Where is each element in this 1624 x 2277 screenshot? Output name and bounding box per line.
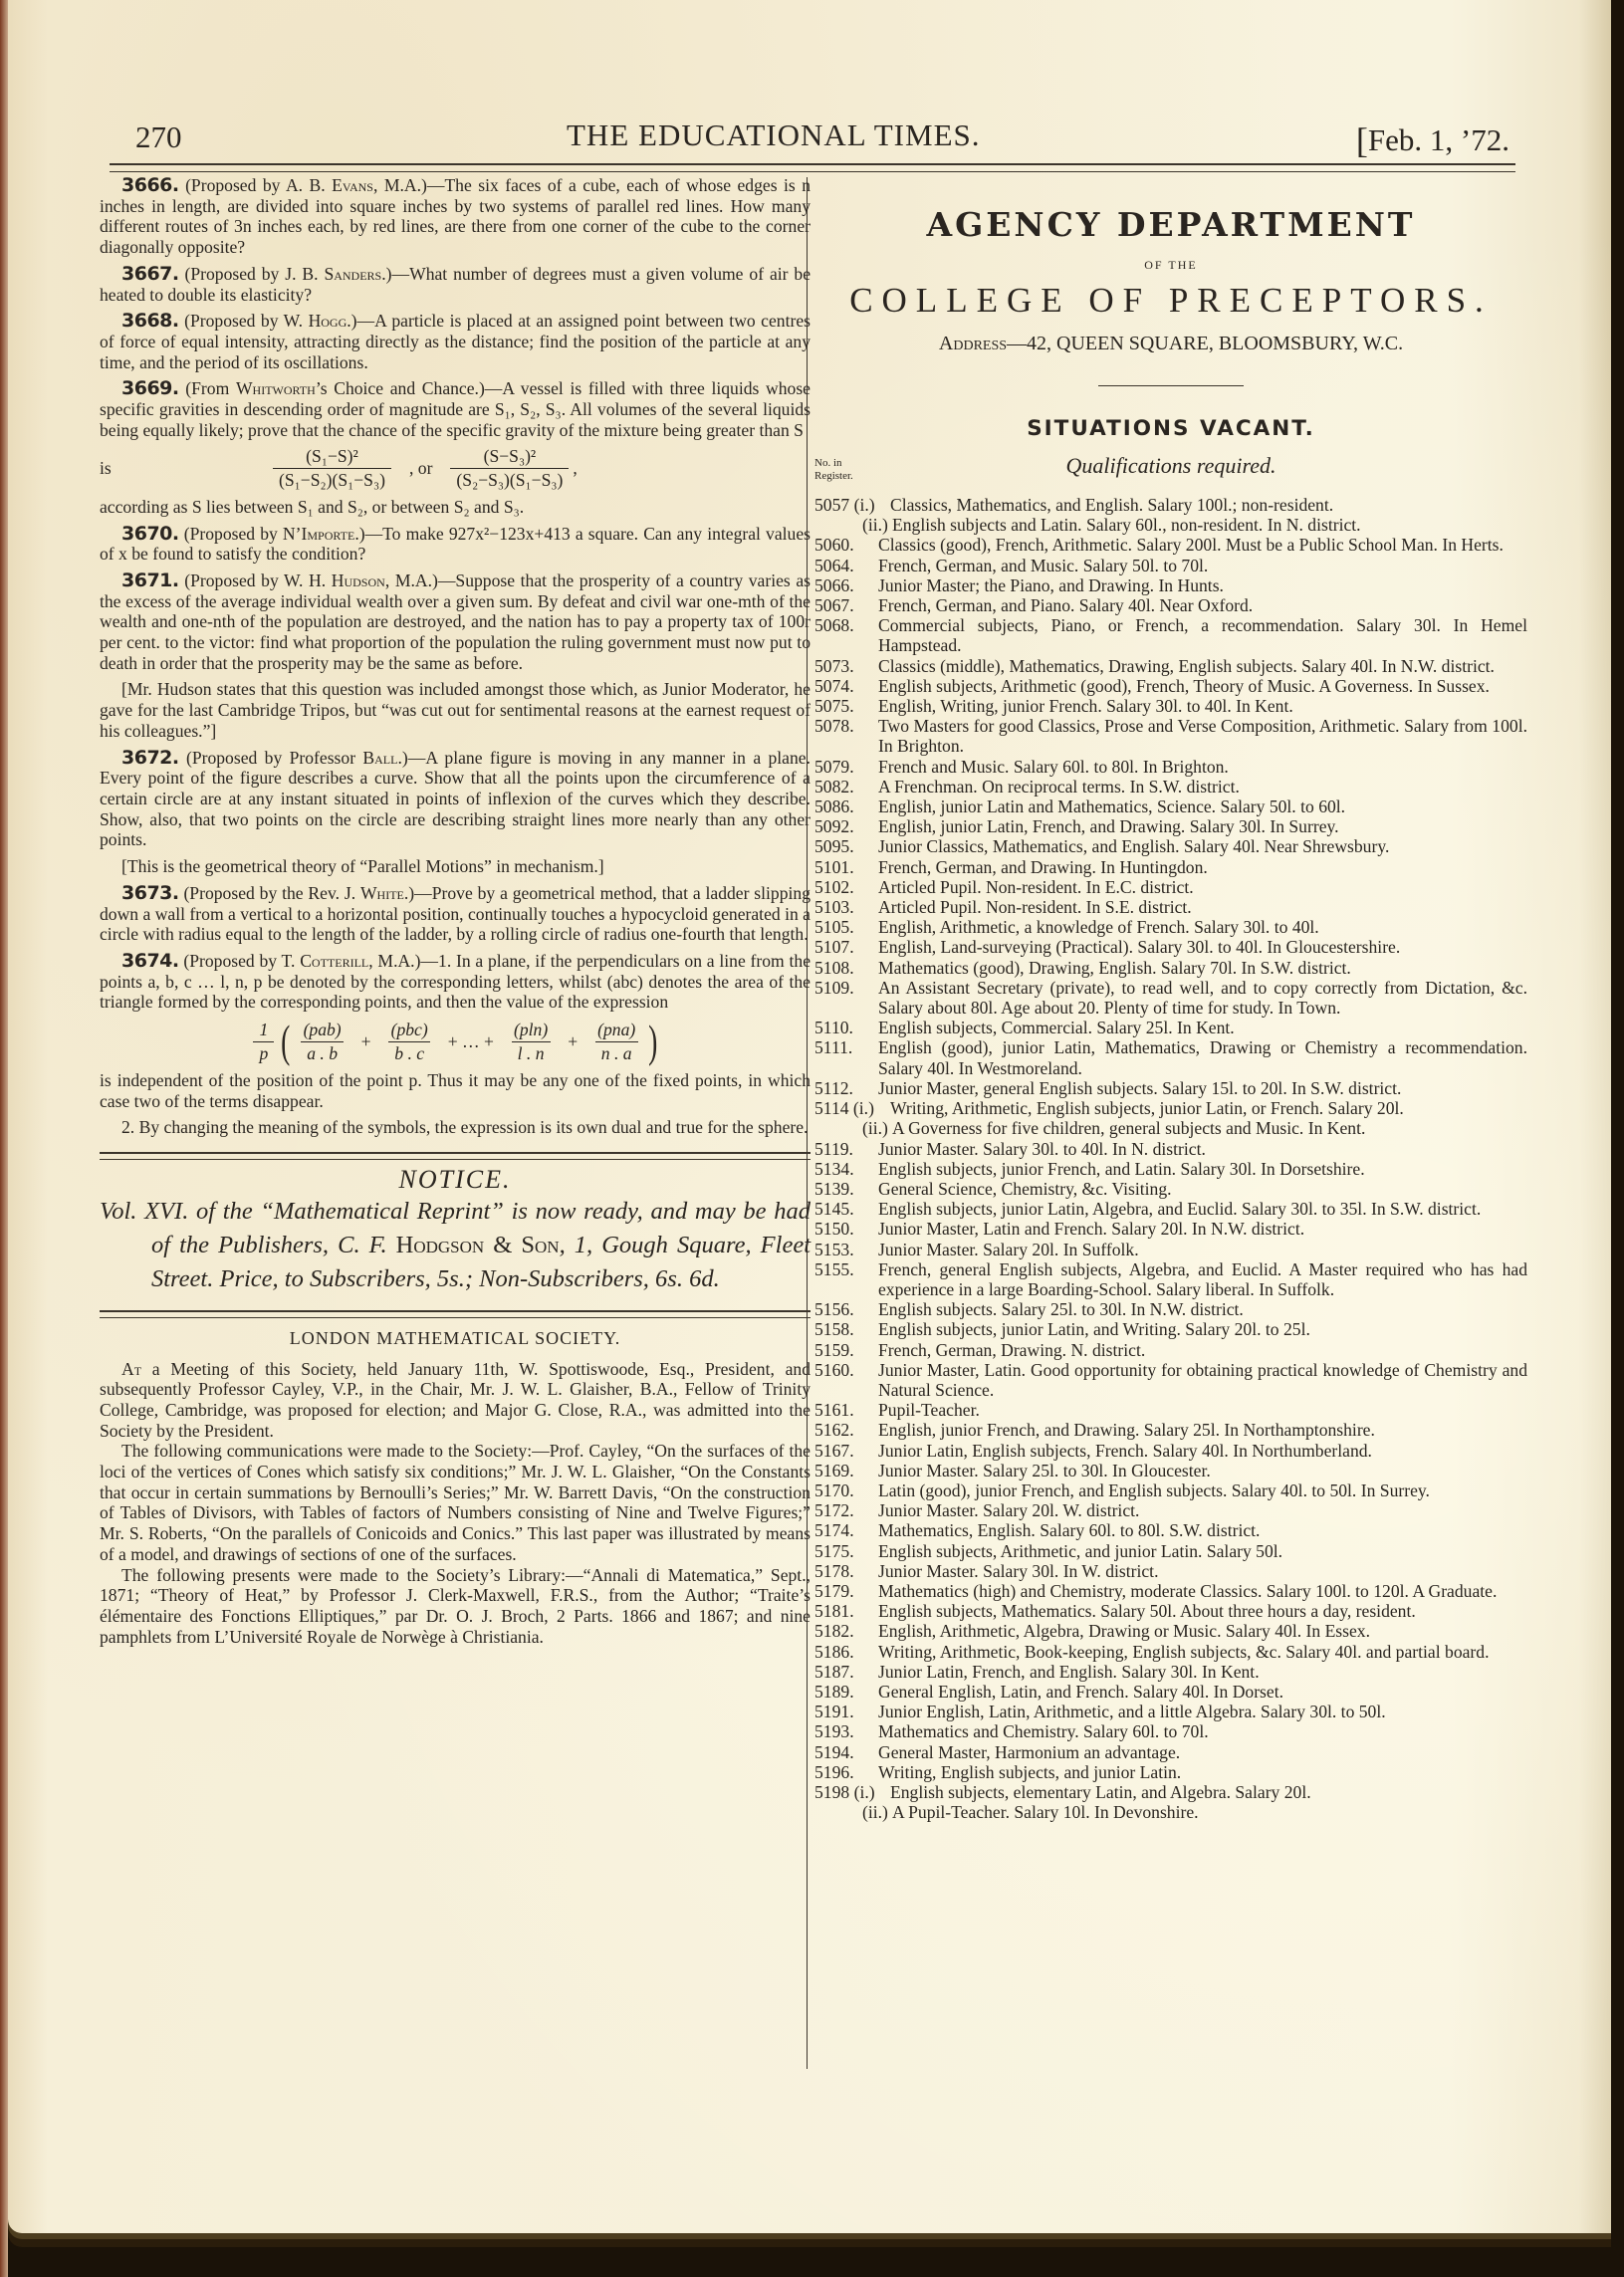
denominator: p (253, 1041, 274, 1064)
qualifications-text: Mathematics and Chemistry. Salary 60l. t… (878, 1721, 1527, 1741)
list-item: 5092.English, junior Latin, French, and … (814, 816, 1527, 836)
register-number: 5064. (814, 556, 878, 575)
register-number: 5068. (814, 615, 878, 655)
list-item: (ii.)English subjects and Latin. Salary … (814, 515, 1527, 535)
header-rule (110, 163, 1515, 172)
register-number: 5169. (814, 1461, 878, 1480)
register-number: (ii.) (862, 1802, 892, 1822)
list-item: 5107.English, Land-surveying (Practical)… (814, 937, 1527, 957)
list-item: 5198 (i.)English subjects, elementary La… (814, 1782, 1527, 1802)
register-number: 5139. (814, 1179, 878, 1199)
list-item: 5102.Articled Pupil. Non-resident. In E.… (814, 877, 1527, 897)
ellipsis: + … + (448, 1031, 494, 1052)
page-number: 270 (135, 119, 182, 155)
register-number: 5067. (814, 595, 878, 615)
list-item: 5066.Junior Master; the Piano, and Drawi… (814, 575, 1527, 595)
qualifications-text: Junior Master, general English subjects.… (878, 1078, 1527, 1098)
short-rule (1098, 385, 1244, 386)
left-paren: ( (281, 1019, 290, 1064)
qualifications-text: Junior Classics, Mathematics, and Englis… (878, 836, 1527, 856)
qualifications-text: A Governess for five children, general s… (892, 1118, 1527, 1138)
problem: 3671. (Proposed by W. H. Hudson, M.A.)—S… (100, 570, 811, 674)
list-item: 5150.Junior Master, Latin and French. Sa… (814, 1219, 1527, 1239)
qualifications-text: Classics (good), French, Arithmetic. Sal… (878, 535, 1527, 555)
list-item: 5175.English subjects, Arithmetic, and j… (814, 1541, 1527, 1561)
qualifications-text: Junior Master; the Piano, and Drawing. I… (878, 575, 1527, 595)
section-rule (100, 1152, 811, 1160)
register-number: 5095. (814, 836, 878, 856)
qualifications-text: Junior Master. Salary 30l. to 40l. In N.… (878, 1139, 1527, 1159)
register-number: 5175. (814, 1541, 878, 1561)
problem: 3670. (Proposed by N’Importe.)—To make 9… (100, 524, 811, 565)
list-item: 5068.Commercial subjects, Piano, or Fren… (814, 615, 1527, 655)
section-rule (100, 1310, 811, 1318)
list-item: 5086.English, junior Latin and Mathemati… (814, 797, 1527, 816)
society-title: LONDON MATHEMATICAL SOCIETY. (100, 1328, 811, 1349)
list-item: 5074.English subjects, Arithmetic (good)… (814, 676, 1527, 696)
qualifications-text: Articled Pupil. Non-resident. In S.E. di… (878, 897, 1527, 917)
running-head: 270 THE EDUCATIONAL TIMES. [Feb. 1, ’72. (135, 117, 1509, 167)
register-number: 5178. (814, 1561, 878, 1581)
qualifications-text: Articled Pupil. Non-resident. In E.C. di… (878, 877, 1527, 897)
list-item: 5186.Writing, Arithmetic, Book-keeping, … (814, 1642, 1527, 1662)
denominator: (S₂−S₃)(S₁−S₃) (450, 468, 569, 491)
register-number: 5156. (814, 1299, 878, 1319)
register-number: 5174. (814, 1520, 878, 1540)
list-item: 5064.French, German, and Music. Salary 5… (814, 556, 1527, 575)
register-number: 5101. (814, 857, 878, 877)
register-number: 5179. (814, 1581, 878, 1601)
register-number: 5191. (814, 1702, 878, 1721)
register-number: 5150. (814, 1219, 878, 1239)
problem-number: 3667. (121, 263, 179, 285)
numerator: (pbc) (385, 1020, 434, 1041)
denominator: n . a (595, 1041, 638, 1064)
list-item: 5194.General Master, Harmonium an advant… (814, 1742, 1527, 1762)
list-item: (ii.)A Pupil-Teacher. Salary 10l. In Dev… (814, 1802, 1527, 1822)
qualifications-text: Junior Master. Salary 20l. W. district. (878, 1500, 1527, 1520)
register-number: 5105. (814, 917, 878, 937)
list-item: 5134.English subjects, junior French, an… (814, 1159, 1527, 1179)
list-item: 5060.Classics (good), French, Arithmetic… (814, 535, 1527, 555)
register-number: 5182. (814, 1621, 878, 1641)
list-item: 5145.English subjects, junior Latin, Alg… (814, 1199, 1527, 1219)
qualifications-text: French, German, and Drawing. In Huntingd… (878, 857, 1527, 877)
list-item: 5162.English, junior French, and Drawing… (814, 1420, 1527, 1440)
register-number: 5092. (814, 816, 878, 836)
numerator: (pab) (298, 1020, 348, 1041)
qualifications-text: French, general English subjects, Algebr… (878, 1259, 1527, 1299)
list-item: 5178.Junior Master. Salary 30l. In W. di… (814, 1561, 1527, 1581)
fraction: (S−S₃)²(S₂−S₃)(S₁−S₃) (450, 446, 569, 490)
register-number: 5145. (814, 1199, 878, 1219)
register-number: 5181. (814, 1601, 878, 1621)
plus: + (361, 1031, 371, 1052)
register-number: 5060. (814, 535, 878, 555)
qualifications-header: Qualifications required. (814, 453, 1527, 479)
register-number: 5167. (814, 1441, 878, 1461)
register-number: 5086. (814, 797, 878, 816)
list-item: 5170.Latin (good), junior French, and En… (814, 1480, 1527, 1500)
qualifications-text: English, junior Latin and Mathematics, S… (878, 797, 1527, 816)
problem-number: 3672. (121, 747, 179, 769)
problem-number: 3666. (121, 174, 179, 196)
qualifications-text: Two Masters for good Classics, Prose and… (878, 716, 1527, 756)
register-number: (ii.) (862, 1118, 892, 1138)
qualifications-text: English subjects, Arithmetic, and junior… (878, 1541, 1527, 1561)
list-item: 5153.Junior Master. Salary 20l. In Suffo… (814, 1240, 1527, 1259)
register-number: 5170. (814, 1480, 878, 1500)
register-number: 5073. (814, 656, 878, 676)
register-number: 5194. (814, 1742, 878, 1762)
register-number: 5082. (814, 777, 878, 797)
register-number: 5108. (814, 958, 878, 978)
society-paragraph-3: The following presents were made to the … (100, 1565, 811, 1648)
qualifications-text: English subjects, Commercial. Salary 25l… (878, 1018, 1527, 1037)
list-item: 5139.General Science, Chemistry, &c. Vis… (814, 1179, 1527, 1199)
qualifications-text: Junior Latin, French, and English. Salar… (878, 1662, 1527, 1682)
list-item: 5078.Two Masters for good Classics, Pros… (814, 716, 1527, 756)
register-number: 5187. (814, 1662, 878, 1682)
problem-number: 3674. (121, 950, 179, 972)
register-number: 5198 (i.) (814, 1782, 890, 1802)
list-item: 5075.English, Writing, junior French. Sa… (814, 696, 1527, 716)
proposer-name: Ball (362, 748, 397, 768)
list-item: 5109.An Assistant Secretary (private), t… (814, 978, 1527, 1018)
qualifications-text: English subjects. Salary 25l. to 30l. In… (878, 1299, 1527, 1319)
qualifications-text: Classics, Mathematics, and English. Sala… (890, 495, 1527, 515)
formula: is(S₁−S)²(S₁−S₂)(S₁−S₃), or(S−S₃)²(S₂−S₃… (100, 446, 811, 490)
list-item: 5073.Classics (middle), Mathematics, Dra… (814, 656, 1527, 676)
problem: 3674. (Proposed by T. Cotterill, M.A.)—1… (100, 951, 811, 1013)
qualifications-text: English subjects and Latin. Salary 60l.,… (892, 515, 1527, 535)
problem-continuation: according as S lies between S₁ and S₂, o… (100, 497, 811, 518)
list-item: 5079.French and Music. Salary 60l. to 80… (814, 757, 1527, 777)
register-number: 5186. (814, 1642, 878, 1662)
qualifications-text: Writing, Arithmetic, English subjects, j… (890, 1098, 1527, 1118)
problem-number: 3671. (121, 569, 179, 591)
qualifications-text: A Pupil-Teacher. Salary 10l. In Devonshi… (892, 1802, 1527, 1822)
proposer-name: N’Importe (283, 524, 354, 544)
denominator: b . c (388, 1041, 430, 1064)
qualifications-text: An Assistant Secretary (private), to rea… (878, 978, 1527, 1018)
fraction: 1p (253, 1020, 274, 1063)
notice-title: NOTICE. (100, 1170, 811, 1191)
qualifications-text: Pupil-Teacher. (878, 1400, 1527, 1420)
register-number: 5162. (814, 1420, 878, 1440)
publication-title: THE EDUCATIONAL TIMES. (567, 117, 981, 153)
qualifications-text: Mathematics, English. Salary 60l. to 80l… (878, 1520, 1527, 1540)
list-item: 5111.English (good), junior Latin, Mathe… (814, 1037, 1527, 1077)
problem: 3667. (Proposed by J. B. Sanders.)—What … (100, 264, 811, 305)
problem-number: 3670. (121, 523, 179, 545)
list-item: 5119.Junior Master. Salary 30l. to 40l. … (814, 1139, 1527, 1159)
proposer-name: White (360, 883, 404, 903)
problem: 3666. (Proposed by A. B. Evans, M.A.)—Th… (100, 175, 811, 258)
register-number: 5112. (814, 1078, 878, 1098)
problem: 3672. (Proposed by Professor Ball.)—A pl… (100, 748, 811, 851)
register-number: 5109. (814, 978, 878, 1018)
qualifications-text: English, Arithmetic, a knowledge of Fren… (878, 917, 1527, 937)
numerator: 1 (253, 1020, 274, 1041)
register-number: 5196. (814, 1762, 878, 1782)
qualifications-text: Latin (good), junior French, and English… (878, 1480, 1527, 1500)
list-item: 5182.English, Arithmetic, Algebra, Drawi… (814, 1621, 1527, 1641)
qualifications-text: Junior Master, Latin and French. Salary … (878, 1219, 1527, 1239)
register-number: 5102. (814, 877, 878, 897)
register-number: 5110. (814, 1018, 878, 1037)
register-number: 5172. (814, 1500, 878, 1520)
problem-number: 3669. (121, 377, 179, 399)
qualifications-text: Classics (middle), Mathematics, Drawing,… (878, 656, 1527, 676)
qualifications-text: Writing, English subjects, and junior La… (878, 1762, 1527, 1782)
list-item: 5110.English subjects, Commercial. Salar… (814, 1018, 1527, 1037)
qualifications-text: English, junior French, and Drawing. Sal… (878, 1420, 1527, 1440)
qualifications-text: Junior Latin, English subjects, French. … (878, 1441, 1527, 1461)
proposer-name: Cotterill (300, 951, 368, 971)
college-title: COLLEGE OF PRECEPTORS. (814, 281, 1527, 321)
qualifications-text: Writing, Arithmetic, Book-keeping, Engli… (878, 1642, 1527, 1662)
list-item: 5103.Articled Pupil. Non-resident. In S.… (814, 897, 1527, 917)
list-item: 5155.French, general English subjects, A… (814, 1259, 1527, 1299)
denominator: l . n (512, 1041, 551, 1064)
register-number: 5160. (814, 1360, 878, 1400)
right-column: AGENCY DEPARTMENT OF THE COLLEGE OF PREC… (814, 175, 1527, 1822)
register-number: 5057 (i.) (814, 495, 890, 515)
register-number: 5155. (814, 1259, 878, 1299)
register-number: 5119. (814, 1139, 878, 1159)
book-spine-edge (0, 0, 8, 2277)
denominator: (S₁−S₂)(S₁−S₃) (273, 468, 391, 491)
qualifications-text: Junior Master. Salary 25l. to 30l. In Gl… (878, 1461, 1527, 1480)
register-number: 5079. (814, 757, 878, 777)
list-item: 5167.Junior Latin, English subjects, Fre… (814, 1441, 1527, 1461)
qualifications-text: Commercial subjects, Piano, or French, a… (878, 615, 1527, 655)
agency-title: AGENCY DEPARTMENT (814, 205, 1527, 244)
denominator: a . b (301, 1041, 344, 1064)
formula-or: , or (409, 458, 432, 479)
qualifications-text: French, German, Drawing. N. district. (878, 1340, 1527, 1360)
register-number: 5114 (i.) (814, 1098, 890, 1118)
proposer-name: Hogg (309, 311, 348, 331)
list-item: 5161.Pupil-Teacher. (814, 1400, 1527, 1420)
editor-note: [Mr. Hudson states that this question wa… (100, 679, 811, 741)
register-number: 5158. (814, 1319, 878, 1339)
list-item: 5189.General English, Latin, and French.… (814, 1682, 1527, 1702)
numerator: (S₁−S)² (300, 446, 364, 468)
list-item: 5067.French, German, and Piano. Salary 4… (814, 595, 1527, 615)
register-number: 5161. (814, 1400, 878, 1420)
list-item: 5191.Junior English, Latin, Arithmetic, … (814, 1702, 1527, 1721)
list-item: 5179.Mathematics (high) and Chemistry, m… (814, 1581, 1527, 1601)
fraction: (S₁−S)²(S₁−S₂)(S₁−S₃) (273, 446, 391, 490)
qualifications-text: General Science, Chemistry, &c. Visiting… (878, 1179, 1527, 1199)
numerator: (S−S₃)² (478, 446, 543, 468)
register-number: (ii.) (862, 515, 892, 535)
list-item: 5174.Mathematics, English. Salary 60l. t… (814, 1520, 1527, 1540)
qualifications-text: English subjects, Mathematics. Salary 50… (878, 1601, 1527, 1621)
qualifications-text: French, German, and Piano. Salary 40l. N… (878, 595, 1527, 615)
list-item: 5095.Junior Classics, Mathematics, and E… (814, 836, 1527, 856)
qualifications-text: English, junior Latin, French, and Drawi… (878, 816, 1527, 836)
society-paragraph-2: The following communications were made t… (100, 1441, 811, 1564)
society-paragraph-1: At a Meeting of this Society, held Janua… (100, 1359, 811, 1442)
proposer-name: Sanders (324, 264, 381, 284)
register-number: 5159. (814, 1340, 878, 1360)
list-item: 5158.English subjects, junior Latin, and… (814, 1319, 1527, 1339)
fraction: (pna)n . a (591, 1020, 641, 1063)
register-number: 5078. (814, 716, 878, 756)
qualifications-text: Junior Master, Latin. Good opportunity f… (878, 1360, 1527, 1400)
qualifications-text: General English, Latin, and French. Sala… (878, 1682, 1527, 1702)
qualifications-text: English subjects, junior Latin, and Writ… (878, 1319, 1527, 1339)
list-item: 5156.English subjects. Salary 25l. to 30… (814, 1299, 1527, 1319)
qualifications-text: English subjects, elementary Latin, and … (890, 1782, 1527, 1802)
register-number: 5111. (814, 1037, 878, 1077)
list-item: 5114 (i.)Writing, Arithmetic, English su… (814, 1098, 1527, 1118)
right-paren: ) (648, 1019, 657, 1064)
problems-list: 3666. (Proposed by A. B. Evans, M.A.)—Th… (100, 175, 811, 1138)
register-number: 5075. (814, 696, 878, 716)
register-number: 5193. (814, 1721, 878, 1741)
qualifications-text: English, Writing, junior French. Salary … (878, 696, 1527, 716)
qualifications-text: English, Arithmetic, Algebra, Drawing or… (878, 1621, 1527, 1641)
qualifications-text: Mathematics (good), Drawing, English. Sa… (878, 958, 1527, 978)
register-number: 5074. (814, 676, 878, 696)
qualifications-text: English, Land-surveying (Practical). Sal… (878, 937, 1527, 957)
list-item: 5105.English, Arithmetic, a knowledge of… (814, 917, 1527, 937)
fraction: (pbc)b . c (385, 1020, 434, 1063)
register-number: 5107. (814, 937, 878, 957)
problem: 3673. (Proposed by the Rev. J. White.)—P… (100, 883, 811, 945)
numerator: (pna) (591, 1020, 641, 1041)
formula-lead: is (100, 458, 269, 479)
qualifications-text: Junior English, Latin, Arithmetic, and a… (878, 1702, 1527, 1721)
qualifications-text: French and Music. Salary 60l. to 80l. In… (878, 757, 1527, 777)
numerator: (pln) (508, 1020, 554, 1041)
qualifications-text: Mathematics (high) and Chemistry, modera… (878, 1581, 1527, 1601)
register-number: 5103. (814, 897, 878, 917)
list-item: 5082.A Frenchman. On reciprocal terms. I… (814, 777, 1527, 797)
fraction: (pln)l . n (508, 1020, 554, 1063)
problem: 3669. (From Whitworth’s Choice and Chanc… (100, 378, 811, 440)
register-number: 5066. (814, 575, 878, 595)
list-item: 5169.Junior Master. Salary 25l. to 30l. … (814, 1461, 1527, 1480)
problem-number: 3673. (121, 882, 179, 904)
situations-list: 5057 (i.)Classics, Mathematics, and Engl… (814, 495, 1527, 1822)
situations-vacant-title: SITUATIONS VACANT. (814, 416, 1527, 441)
problem-continuation: is independent of the position of the po… (100, 1070, 811, 1111)
proposer-name: Evans (332, 175, 373, 195)
register-number: 5134. (814, 1159, 878, 1179)
problem-number: 3668. (121, 310, 179, 332)
register-number: 5153. (814, 1240, 878, 1259)
list-item: 5196.Writing, English subjects, and juni… (814, 1762, 1527, 1782)
issue-date: [Feb. 1, ’72. (1356, 117, 1509, 159)
qualifications-text: English (good), junior Latin, Mathematic… (878, 1037, 1527, 1077)
list-item: 5108.Mathematics (good), Drawing, Englis… (814, 958, 1527, 978)
list-item: 5181.English subjects, Mathematics. Sala… (814, 1601, 1527, 1621)
list-item: 5160.Junior Master, Latin. Good opportun… (814, 1360, 1527, 1400)
problem-part-2: 2. By changing the meaning of the symbol… (100, 1117, 811, 1138)
proposer-name: Hudson (332, 570, 385, 590)
agency-of-the: OF THE (814, 258, 1527, 273)
editor-note: [This is the geometrical theory of “Para… (100, 856, 811, 877)
list-item: 5101.French, German, and Drawing. In Hun… (814, 857, 1527, 877)
list-item: 5057 (i.)Classics, Mathematics, and Engl… (814, 495, 1527, 515)
notice-body: Vol. XVI. of the “Mathematical Reprint” … (100, 1195, 811, 1296)
list-item: 5193.Mathematics and Chemistry. Salary 6… (814, 1721, 1527, 1741)
qualifications-text: General Master, Harmonium an advantage. (878, 1742, 1527, 1762)
register-number: 5189. (814, 1682, 878, 1702)
proposer-name: Whitworth (236, 378, 316, 398)
list-item: (ii.)A Governess for five children, gene… (814, 1118, 1527, 1138)
list-item: 5172.Junior Master. Salary 20l. W. distr… (814, 1500, 1527, 1520)
qualifications-text: French, German, and Music. Salary 50l. t… (878, 556, 1527, 575)
left-column: 3666. (Proposed by A. B. Evans, M.A.)—Th… (100, 175, 811, 1647)
qualifications-text: A Frenchman. On reciprocal terms. In S.W… (878, 777, 1527, 797)
problem: 3668. (Proposed by W. Hogg.)—A particle … (100, 311, 811, 372)
fraction: (pab)a . b (298, 1020, 348, 1063)
qualifications-text: Junior Master. Salary 30l. In W. distric… (878, 1561, 1527, 1581)
list-item: 5187.Junior Latin, French, and English. … (814, 1662, 1527, 1682)
list-header: No. inRegister. Qualifications required. (814, 453, 1527, 495)
qualifications-text: English subjects, junior Latin, Algebra,… (878, 1199, 1527, 1219)
list-item: 5112.Junior Master, general English subj… (814, 1078, 1527, 1098)
qualifications-text: English subjects, Arithmetic (good), Fre… (878, 676, 1527, 696)
qualifications-text: Junior Master. Salary 20l. In Suffolk. (878, 1240, 1527, 1259)
list-item: 5159.French, German, Drawing. N. distric… (814, 1340, 1527, 1360)
agency-address: Address—42, QUEEN SQUARE, BLOOMSBURY, W.… (814, 333, 1527, 355)
qualifications-text: English subjects, junior French, and Lat… (878, 1159, 1527, 1179)
expression: 1p((pab)a . b+(pbc)b . c+ … +(pln)l . n+… (100, 1019, 811, 1064)
plus: + (568, 1031, 578, 1052)
